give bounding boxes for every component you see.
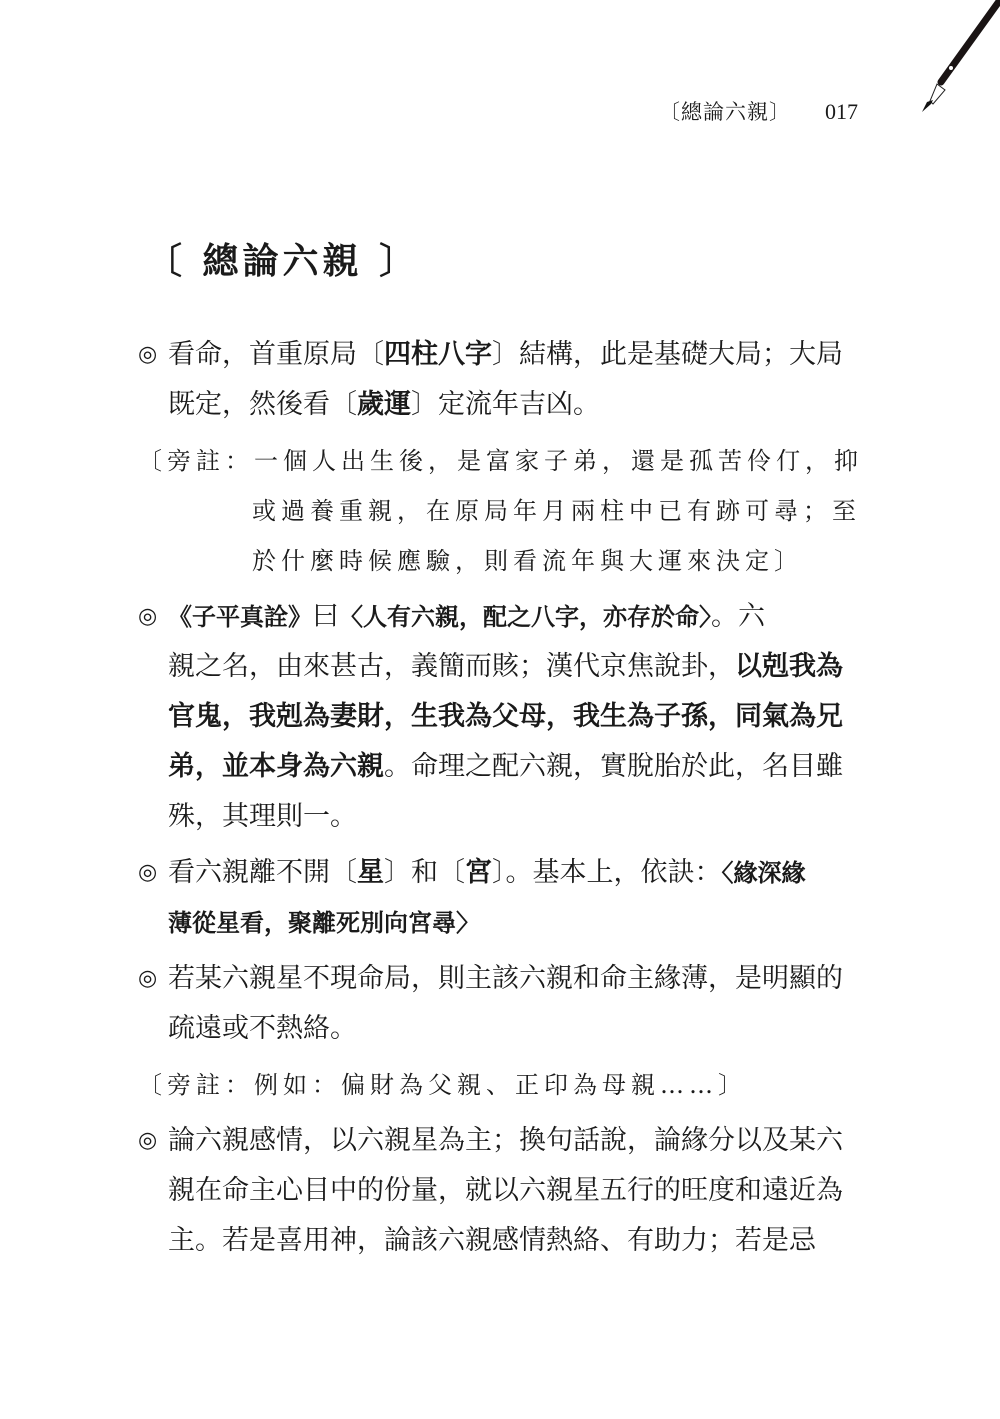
bold-emphasis: 四柱八字 [384,339,492,370]
bold-emphasis: 歲運 [357,389,411,420]
text-run: 論六親感情，以六親星為主；換句話說，論緣分以及某六 [168,1125,843,1156]
text-line: 薄從星看，聚離死別向宮尋〉 [168,898,868,948]
note-line: 於什麼時候應驗，則看流年與大運來決定〕 [138,536,868,586]
bullet-double-circle-icon: ◎ [138,954,157,1004]
bold-emphasis: 官鬼，我剋為妻財，生我為父母，我生為子孫，同氣為兄 [168,701,843,732]
bold-emphasis: 以剋我為 [735,651,843,682]
text-run: 〕定流年吉凶。 [411,389,600,420]
bullet-double-circle-icon: ◎ [138,1116,157,1166]
side-note: 〔旁註：一個人出生後，是富家子弟，還是孤苦伶仃，抑或過養重親，在原局年月兩柱中已… [138,436,868,586]
paragraph: ◎《子平真詮》曰〈人有六親，配之八字，亦存於命〉。六親之名，由來甚古，義簡而賅；… [138,592,868,842]
text-run: 親之名，由來甚古，義簡而賅；漢代京焦說卦， [168,651,735,682]
text-run: 。六 [711,601,765,632]
note-line: 〔旁註：例如：偏財為父親、正印為母親……〕 [138,1060,868,1110]
text-line: 弟，並本身為六親。命理之配六親，實脫胎於此，名目雖 [168,742,868,792]
text-run: 既定，然後看〔 [168,389,357,420]
text-line: 疏遠或不熱絡。 [168,1004,868,1054]
text-line: 論六親感情，以六親星為主；換句話說，論緣分以及某六 [168,1116,868,1166]
text-line: 《子平真詮》曰〈人有六親，配之八字，亦存於命〉。六 [168,592,868,642]
text-run: 殊，其理則一。 [168,801,357,832]
bold-emphasis: 弟，並本身為六親 [168,751,384,782]
text-line: 親之名，由來甚古，義簡而賅；漢代京焦說卦，以剋我為 [168,642,868,692]
bold-emphasis: 星 [357,857,384,888]
text-line: 若某六親星不現命局，則主該六親和命主緣薄，是明顯的 [168,954,868,1004]
text-run: 主。若是喜用神，論該六親感情熱絡、有助力；若是忌 [168,1225,816,1256]
text-line: 看命，首重原局〔四柱八字〕結構，此是基礎大局；大局 [168,330,868,380]
paragraph: ◎若某六親星不現命局，則主該六親和命主緣薄，是明顯的疏遠或不熱絡。 [138,954,868,1054]
quoted-classic-text: 〈緣深緣 [722,858,806,887]
quoted-classic-text: 《子平真詮》 [168,602,312,631]
text-run: 。命理之配六親，實脫胎於此，名目雖 [384,751,843,782]
text-run: 〕結構，此是基礎大局；大局 [492,339,843,370]
text-line: 既定，然後看〔歲運〕定流年吉凶。 [168,380,868,430]
body-text: ◎看命，首重原局〔四柱八字〕結構，此是基礎大局；大局既定，然後看〔歲運〕定流年吉… [138,330,868,1266]
text-line: 主。若是喜用神，論該六親感情熱絡、有助力；若是忌 [168,1216,868,1266]
note-line: 〔旁註：一個人出生後，是富家子弟，還是孤苦伶仃，抑 [138,436,868,486]
text-run: 看六親離不開〔 [168,857,357,888]
running-header: 〔總論六親〕 017 [659,96,858,126]
text-line: 看六親離不開〔星〕和〔宮〕。基本上，依訣：〈緣深緣 [168,848,868,898]
paragraph: ◎看六親離不開〔星〕和〔宮〕。基本上，依訣：〈緣深緣薄從星看，聚離死別向宮尋〉 [138,848,868,948]
paragraph: ◎論六親感情，以六親星為主；換句話說，論緣分以及某六親在命主心目中的份量，就以六… [138,1116,868,1266]
text-run: 親在命主心目中的份量，就以六親星五行的旺度和遠近為 [168,1175,843,1206]
text-line: 官鬼，我剋為妻財，生我為父母，我生為子孫，同氣為兄 [168,692,868,742]
text-run: 看命，首重原局〔 [168,339,384,370]
text-run: 若某六親星不現命局，則主該六親和命主緣薄，是明顯的 [168,963,843,994]
side-note: 〔旁註：例如：偏財為父親、正印為母親……〕 [138,1060,868,1110]
chapter-title: 〔 總論六親 〕 [146,233,419,284]
bold-emphasis: 宮 [465,857,492,888]
note-line: 或過養重親，在原局年月兩柱中已有跡可尋；至 [138,486,868,536]
text-line: 殊，其理則一。 [168,792,868,842]
running-title: 〔總論六親〕 [659,96,791,126]
bullet-double-circle-icon: ◎ [138,330,157,380]
text-run: 〕。基本上，依訣： [492,857,722,888]
text-run: 疏遠或不熱絡。 [168,1013,357,1044]
text-line: 親在命主心目中的份量，就以六親星五行的旺度和遠近為 [168,1166,868,1216]
page-number: 017 [825,99,858,125]
quoted-classic-text: 〈人有六親，配之八字，亦存於命〉 [339,602,711,631]
bullet-double-circle-icon: ◎ [138,848,157,898]
paragraph: ◎看命，首重原局〔四柱八字〕結構，此是基礎大局；大局既定，然後看〔歲運〕定流年吉… [138,330,868,430]
text-run: 曰 [312,601,339,632]
bullet-double-circle-icon: ◎ [138,592,157,642]
quoted-classic-text: 薄從星看，聚離死別向宮尋〉 [168,908,480,937]
text-run: 〕和〔 [384,857,465,888]
calligraphy-brush-icon [905,0,1000,115]
